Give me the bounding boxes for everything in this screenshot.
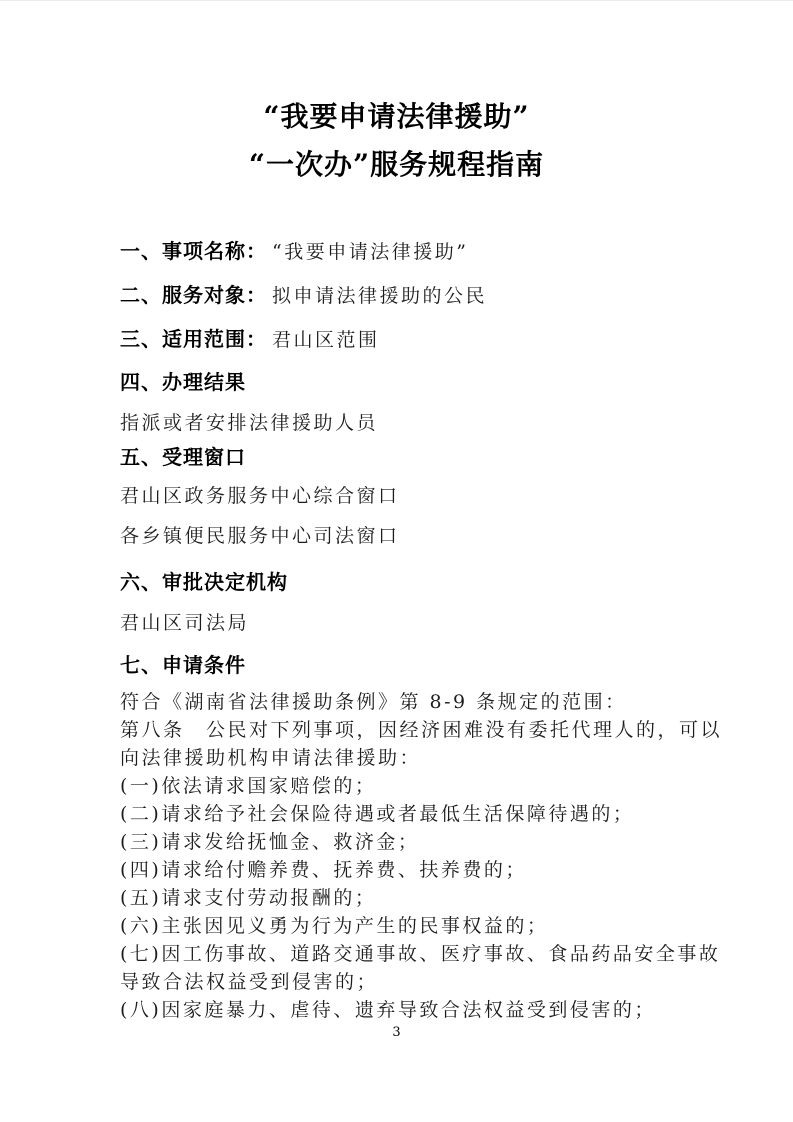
conditions-line-4: (一)依法请求国家赔偿的；: [120, 772, 689, 800]
section-service-target: 二、服务对象：拟申请法律援助的公民: [120, 282, 689, 309]
conditions-paragraph: 符合《湖南省法律援助条例》第 8-9 条规定的范围： 第八条 公民对下列事项，因…: [120, 688, 689, 1024]
conditions-line-5: (二)请求给予社会保险待遇或者最低生活保障待遇的；: [120, 800, 689, 828]
section-service-target-value: 拟申请法律援助的公民: [272, 285, 487, 307]
title-line-1: “我要申请法律援助”: [0, 93, 793, 141]
conditions-line-9: (六)主张因见义勇为行为产生的民事权益的；: [120, 912, 689, 940]
conditions-line-11: 导致合法权益受到侵害的；: [120, 968, 689, 996]
section-scope: 三、适用范围：君山区范围: [120, 326, 689, 353]
document-page: “我要申请法律援助” “一次办”服务规程指南 一、事项名称：“我要申请法律援助”…: [0, 0, 793, 1122]
title-line-2: “一次办”服务规程指南: [0, 141, 793, 189]
section-item-name-label: 一、事项名称：: [120, 239, 267, 263]
conditions-line-7: (四)请求给付赡养费、抚养费、扶养费的；: [120, 856, 689, 884]
section-authority-heading: 六、审批决定机构: [120, 569, 689, 595]
section-scope-value: 君山区范围: [272, 329, 380, 351]
conditions-line-3: 向法律援助机构申请法律援助：: [120, 744, 689, 772]
section-result-heading: 四、办理结果: [120, 369, 689, 395]
document-body: 一、事项名称：“我要申请法律援助” 二、服务对象：拟申请法律援助的公民 三、适用…: [120, 238, 689, 1024]
section-result-line: 指派或者安排法律援助人员: [120, 409, 689, 437]
document-title: “我要申请法律援助” “一次办”服务规程指南: [0, 1, 793, 189]
section-window-heading: 五、受理窗口: [120, 444, 689, 470]
section-item-name: 一、事项名称：“我要申请法律援助”: [120, 238, 689, 265]
conditions-line-2: 第八条 公民对下列事项，因经济困难没有委托代理人的，可以: [120, 716, 689, 744]
section-authority-line: 君山区司法局: [120, 609, 689, 637]
section-service-target-label: 二、服务对象：: [120, 283, 267, 307]
section-window-line-2: 各乡镇便民服务中心司法窗口: [120, 522, 689, 550]
section-scope-label: 三、适用范围：: [120, 327, 267, 351]
conditions-line-6: (三)请求发给抚恤金、救济金；: [120, 828, 689, 856]
conditions-line-8: (五)请求支付劳动报酬的；: [120, 884, 689, 912]
conditions-line-1: 符合《湖南省法律援助条例》第 8-9 条规定的范围：: [120, 688, 689, 716]
section-conditions-heading: 七、申请条件: [120, 652, 689, 678]
section-item-name-value: “我要申请法律援助”: [272, 241, 468, 263]
page-number: 3: [0, 1025, 793, 1041]
conditions-line-10: (七)因工伤事故、道路交通事故、医疗事故、食品药品安全事故: [120, 940, 689, 968]
conditions-line-12: (八)因家庭暴力、虐待、遗弃导致合法权益受到侵害的；: [120, 996, 689, 1024]
section-window-line-1: 君山区政务服务中心综合窗口: [120, 482, 689, 510]
